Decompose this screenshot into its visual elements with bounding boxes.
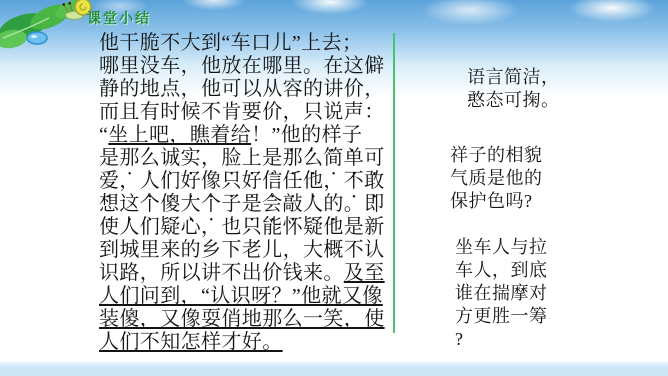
passage-line: “坐上吧，瞧着给！”他的样子 bbox=[99, 124, 397, 147]
annotation-note-appearance: 祥子的相貌气质是他的保护色吗? bbox=[450, 144, 543, 213]
passage-line: 是那么诚实，脸上是那么简单可 bbox=[99, 147, 397, 170]
underlined-text: 人们问到，“认识呀？”他就又像 bbox=[99, 285, 383, 307]
underlined-text: 装傻，又像耍俏地那么一笑，使 bbox=[99, 308, 385, 330]
plain-text: ！” bbox=[251, 124, 281, 146]
page-title: 课堂小结 bbox=[87, 8, 151, 28]
plain-text: 到城里来的乡下老儿，大概不认 bbox=[99, 239, 385, 261]
note-line: 方更胜一筹 bbox=[455, 305, 548, 328]
note-line: 祥子的相貌 bbox=[450, 144, 543, 167]
plain-text: 使人们疑心，也只能怀疑他是新 bbox=[99, 216, 385, 238]
annotation-note-language: 语言简洁，憨态可掬。 bbox=[467, 66, 560, 112]
passage-text: 他干脆不大到“车口儿”上去；哪里没车，他放在哪里。在这僻静的地点，他可以从容的讲… bbox=[99, 32, 397, 354]
passage-line: 想这个傻大个子是会敲人的。即 bbox=[99, 193, 397, 216]
passage-line: 使人们疑心，也只能怀疑他是新 bbox=[99, 216, 397, 239]
underlined-text: 人们不知怎样才好。 bbox=[99, 331, 283, 353]
note-line: 憨态可掬。 bbox=[467, 89, 560, 112]
plain-text: 即 bbox=[364, 193, 384, 215]
bottom-band bbox=[0, 362, 668, 376]
emphasized-text: 他的样子 bbox=[281, 124, 363, 146]
passage-line: 哪里没车，他放在哪里。在这僻 bbox=[99, 55, 397, 78]
passage-line: 人们问到，“认识呀？”他就又像 bbox=[99, 285, 397, 308]
underlined-text: 及至 bbox=[344, 262, 385, 284]
passage-line: 静的地点，他可以从容的讲价， bbox=[99, 78, 397, 101]
note-line: 语言简洁， bbox=[467, 66, 560, 89]
passage-line: 识路，所以讲不出价钱来。及至 bbox=[99, 262, 397, 285]
vertical-divider bbox=[393, 33, 395, 333]
underlined-text: 坐上吧，瞧着给 bbox=[108, 124, 251, 146]
annotation-note-question: 坐车人与拉车人，到底谁在揣摩对方更胜一筹? bbox=[455, 236, 548, 351]
emphasized-text: 爱，人们好像只好信任他，不敢 bbox=[99, 170, 385, 192]
passage-line: 他干脆不大到“车口儿”上去； bbox=[99, 32, 397, 55]
plain-text: 他干脆不大到“车口儿”上去； bbox=[99, 32, 362, 54]
plain-text: 静的地点，他可以从容的讲价， bbox=[99, 78, 385, 100]
note-line: 坐车人与拉 bbox=[455, 236, 548, 259]
passage-line: 人们不知怎样才好。 bbox=[99, 331, 397, 354]
plain-text: 识路，所以讲不出价钱来。 bbox=[99, 262, 344, 284]
emphasized-text: 想这个傻大个子是会敲人的。 bbox=[99, 193, 364, 215]
note-line: ? bbox=[455, 328, 548, 351]
note-line: 谁在揣摩对 bbox=[455, 282, 548, 305]
plain-text: “ bbox=[99, 124, 108, 146]
plain-text: 哪里没车，他放在哪里。在这僻 bbox=[99, 55, 385, 77]
passage-line: 装傻，又像耍俏地那么一笑，使 bbox=[99, 308, 397, 331]
passage-line: 到城里来的乡下老儿，大概不认 bbox=[99, 239, 397, 262]
note-line: 保护色吗? bbox=[450, 190, 543, 213]
passage-line: 爱，人们好像只好信任他，不敢 bbox=[99, 170, 397, 193]
note-line: 气质是他的 bbox=[450, 167, 543, 190]
emphasized-text: 是那么诚实，脸上是那么简单可 bbox=[99, 147, 385, 169]
note-line: 车人，到底 bbox=[455, 259, 548, 282]
slide: 课堂小结 他干脆不大到“车口儿”上去；哪里没车，他放在哪里。在这僻静的地点，他可… bbox=[0, 0, 668, 376]
passage-line: 而且有时候不肯要价，只说声： bbox=[99, 101, 397, 124]
plain-text: 而且有时候不肯要价，只说声： bbox=[99, 101, 385, 123]
